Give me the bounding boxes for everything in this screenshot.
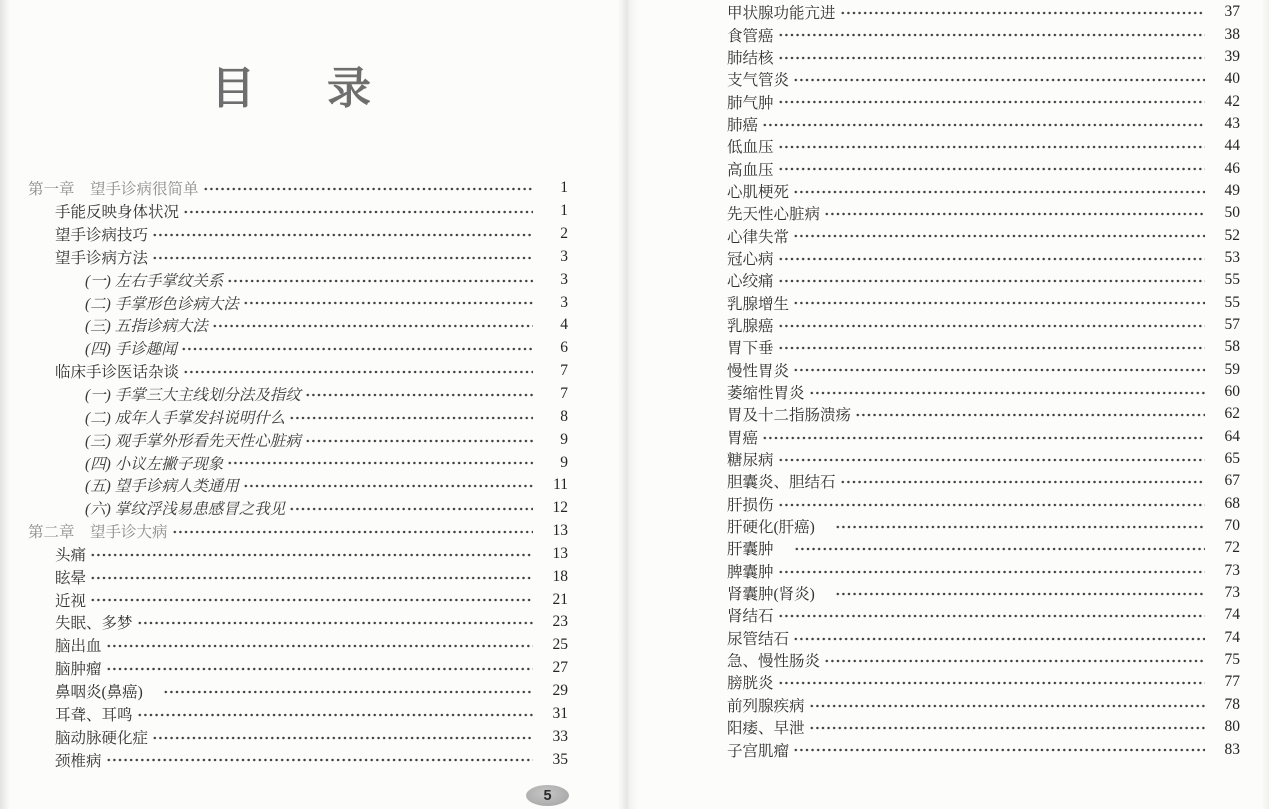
toc-page-number: 42: [1210, 93, 1240, 111]
toc-row: (二) 手掌形色诊病大法3: [28, 291, 568, 314]
toc-page-number: 40: [1210, 70, 1240, 88]
toc-page-number: 6: [538, 339, 568, 357]
dot-leader: [778, 23, 1205, 45]
toc-entry-label: 临床手诊医话杂谈: [55, 360, 179, 382]
toc-row: 肝囊肿72: [700, 537, 1240, 559]
toc-page-number: 7: [538, 362, 568, 380]
toc-page-number: 2: [538, 225, 568, 243]
dot-leader: [152, 223, 533, 246]
toc-row: (六) 掌纹浮浅易患感冒之我见12: [28, 497, 568, 520]
dot-leader: [305, 383, 533, 406]
toc-row: (一) 左右手掌纹关系3: [28, 268, 568, 291]
toc-row: 慢性胃炎59: [700, 359, 1240, 381]
toc-page-number: 70: [1210, 517, 1240, 535]
toc-row: 第一章 望手诊病很简单1: [28, 177, 568, 200]
dot-leader: [778, 604, 1205, 626]
dot-leader: [90, 588, 533, 611]
dot-leader: [227, 451, 533, 474]
toc-page-number: 23: [538, 613, 568, 631]
dot-leader: [793, 627, 1205, 649]
dot-leader: [289, 497, 533, 520]
toc-row: 头痛13: [28, 543, 568, 566]
toc-entry-label: 胃及十二指肠溃疡: [727, 403, 851, 425]
dot-leader: [793, 68, 1205, 90]
dot-leader: [172, 520, 533, 543]
dot-leader: [106, 748, 533, 771]
toc-entry-label: 肺气肿: [727, 91, 774, 113]
toc-entry-label: 支气管炎: [727, 68, 789, 90]
toc-row: (五) 望手诊病人类通用11: [28, 474, 568, 497]
toc-entry-label: (一) 手掌三大主线划分法及指纹: [85, 383, 301, 405]
toc-row: 先天性心脏病50: [700, 202, 1240, 224]
toc-page-number: 64: [1210, 428, 1240, 446]
toc-page-number: 75: [1210, 651, 1240, 669]
toc-page-number: 8: [538, 408, 568, 426]
toc-entry-label: 乳腺癌: [727, 314, 774, 336]
dot-leader: [163, 680, 533, 703]
dot-leader: [778, 560, 1205, 582]
toc-page-number: 80: [1210, 718, 1240, 736]
left-page-number-badge: 5: [526, 785, 569, 806]
toc-row: (二) 成年人手掌发抖说明什么8: [28, 405, 568, 428]
toc-entry-label: 脾囊肿: [727, 560, 774, 582]
toc-page-number: 29: [538, 682, 568, 700]
toc-row: 胃下垂58: [700, 336, 1240, 358]
toc-entry-label: 肝囊肿: [727, 537, 790, 559]
toc-page-number: 43: [1210, 115, 1240, 133]
toc-entry-label: 肝硬化(肝癌): [727, 515, 831, 537]
toc-page-number: 33: [538, 728, 568, 746]
toc-page-number: 38: [1210, 26, 1240, 44]
toc-entry-label: 胃癌: [727, 426, 758, 448]
toc-row: 脑出血25: [28, 634, 568, 657]
dot-leader: [793, 738, 1205, 760]
toc-entry-label: 乳腺增生: [727, 292, 789, 314]
dot-leader: [243, 474, 533, 497]
toc-entry-label: 第一章 望手诊病很简单: [28, 177, 199, 199]
toc-row: 胃及十二指肠溃疡62: [700, 403, 1240, 425]
toc-page-number: 58: [1210, 338, 1240, 356]
toc-row: 低血压44: [700, 135, 1240, 157]
dot-leader: [840, 1, 1205, 23]
dot-leader: [243, 291, 533, 314]
toc-page-number: 59: [1210, 361, 1240, 379]
toc-page-number: 31: [538, 705, 568, 723]
toc-row: 脑动脉硬化症33: [28, 725, 568, 748]
toc-page-number: 73: [1210, 562, 1240, 580]
toc-entry-label: 前列腺疾病: [727, 694, 805, 716]
dot-leader: [824, 202, 1205, 224]
toc-row: 颈椎病35: [28, 748, 568, 771]
toc-page-number: 68: [1210, 495, 1240, 513]
toc-page-number: 1: [538, 179, 568, 197]
toc-page-number: 49: [1210, 182, 1240, 200]
toc-row: 鼻咽炎(鼻癌)29: [28, 680, 568, 703]
left-toc-list: 第一章 望手诊病很简单1手能反映身体状况1望手诊病技巧2望手诊病方法3(一) 左…: [28, 177, 568, 771]
dot-leader: [305, 428, 533, 451]
dot-leader: [227, 268, 533, 291]
toc-page-number: 21: [538, 591, 568, 609]
toc-entry-label: (三) 五指诊病大法: [85, 314, 208, 336]
right-page: 甲状腺功能亢进37食管癌38肺结核39支气管炎40肺气肿42肺癌43低血压44高…: [629, 0, 1269, 809]
dot-leader: [778, 247, 1205, 269]
toc-entry-label: (二) 手掌形色诊病大法: [85, 292, 239, 314]
toc-entry-label: (一) 左右手掌纹关系: [85, 269, 223, 291]
toc-row: (三) 五指诊病大法4: [28, 314, 568, 337]
toc-entry-label: 心绞痛: [727, 269, 774, 291]
toc-entry-label: 手能反映身体状况: [55, 200, 179, 222]
toc-entry-label: (五) 望手诊病人类通用: [85, 474, 239, 496]
toc-entry-label: 慢性胃炎: [727, 359, 789, 381]
dot-leader: [778, 46, 1205, 68]
toc-entry-label: 脑肿瘤: [55, 657, 102, 679]
toc-row: 阳痿、早泄80: [700, 716, 1240, 738]
toc-page-number: 13: [538, 522, 568, 540]
toc-row: 甲状腺功能亢进37: [700, 1, 1240, 23]
toc-row: 高血压46: [700, 157, 1240, 179]
dot-leader: [137, 702, 533, 725]
toc-entry-label: 尿管结石: [727, 627, 789, 649]
toc-entry-label: 耳聋、耳鸣: [55, 703, 133, 725]
toc-entry-label: 第二章 望手诊大病: [28, 520, 168, 542]
toc-page-number: 13: [538, 545, 568, 563]
dot-leader: [137, 611, 533, 634]
toc-page-number: 65: [1210, 450, 1240, 468]
toc-page-number: 11: [538, 476, 568, 494]
toc-row: 心绞痛55: [700, 269, 1240, 291]
toc-entry-label: 甲状腺功能亢进: [727, 1, 836, 23]
toc-page-number: 55: [1210, 271, 1240, 289]
toc-entry-label: 脑出血: [55, 634, 102, 656]
toc-entry-label: 膀胱炎: [727, 671, 774, 693]
toc-entry-label: 望手诊病方法: [55, 246, 148, 268]
dot-leader: [778, 90, 1205, 112]
toc-entry-label: 肾囊肿(肾炎): [727, 582, 831, 604]
toc-page-number: 3: [538, 294, 568, 312]
toc-page-number: 37: [1210, 3, 1240, 21]
dot-leader: [778, 448, 1205, 470]
toc-entry-label: (四) 小议左撇子现象: [85, 452, 223, 474]
toc-entry-label: 先天性心脏病: [727, 202, 820, 224]
toc-entry-label: 阳痿、早泄: [727, 716, 805, 738]
toc-entry-label: 失眠、多梦: [55, 611, 133, 633]
toc-row: 望手诊病技巧2: [28, 223, 568, 246]
toc-entry-label: 近视: [55, 589, 86, 611]
dot-leader: [106, 634, 533, 657]
left-page: 目 录 第一章 望手诊病很简单1手能反映身体状况1望手诊病技巧2望手诊病方法3(…: [0, 0, 630, 809]
toc-row: 胆囊炎、胆结石67: [700, 470, 1240, 492]
dot-leader: [106, 657, 533, 680]
toc-entry-label: 食管癌: [727, 24, 774, 46]
toc-page-number: 46: [1210, 160, 1240, 178]
toc-page-number: 55: [1210, 294, 1240, 312]
toc-page-number: 39: [1210, 48, 1240, 66]
toc-entry-label: 冠心病: [727, 247, 774, 269]
toc-entry-label: 胃下垂: [727, 336, 774, 358]
toc-row: 肾囊肿(肾炎)73: [700, 582, 1240, 604]
toc-row: 心肌梗死49: [700, 180, 1240, 202]
toc-entry-label: (三) 观手掌外形看先天性心脏病: [85, 429, 301, 451]
dot-leader: [824, 649, 1205, 671]
toc-row: 耳聋、耳鸣31: [28, 702, 568, 725]
toc-entry-label: 急、慢性肠炎: [727, 649, 820, 671]
dot-leader: [762, 113, 1205, 135]
toc-entry-label: 颈椎病: [55, 749, 102, 771]
toc-page-number: 35: [538, 751, 568, 769]
dot-leader: [762, 426, 1205, 448]
toc-entry-label: 心律失常: [727, 225, 789, 247]
toc-page-number: 27: [538, 659, 568, 677]
toc-entry-label: 眩晕: [55, 566, 86, 588]
toc-row: 萎缩性胃炎60: [700, 381, 1240, 403]
dot-leader: [183, 200, 533, 223]
toc-row: 肺气肿42: [700, 90, 1240, 112]
toc-row: (一) 手掌三大主线划分法及指纹7: [28, 383, 568, 406]
toc-row: 胃癌64: [700, 426, 1240, 448]
toc-row: 心律失常52: [700, 224, 1240, 246]
toc-row: 临床手诊医话杂谈7: [28, 360, 568, 383]
dot-leader: [835, 515, 1205, 537]
dot-leader: [840, 470, 1205, 492]
dot-leader: [152, 246, 533, 269]
dot-leader: [793, 224, 1205, 246]
toc-page-number: 73: [1210, 584, 1240, 602]
toc-page-number: 52: [1210, 227, 1240, 245]
toc-row: 食管癌38: [700, 23, 1240, 45]
toc-row: 肝硬化(肝癌)70: [700, 515, 1240, 537]
toc-page-number: 72: [1210, 539, 1240, 557]
toc-entry-label: 高血压: [727, 158, 774, 180]
toc-row: 膀胱炎77: [700, 671, 1240, 693]
toc-row: 乳腺增生55: [700, 291, 1240, 313]
toc-row: 第二章 望手诊大病13: [28, 520, 568, 543]
toc-page-number: 77: [1210, 673, 1240, 691]
dot-leader: [793, 359, 1205, 381]
toc-row: 肝损伤68: [700, 493, 1240, 515]
toc-page-number: 62: [1210, 405, 1240, 423]
dot-leader: [778, 336, 1205, 358]
toc-row: 肾结石74: [700, 604, 1240, 626]
toc-row: 冠心病53: [700, 247, 1240, 269]
toc-row: 望手诊病方法3: [28, 246, 568, 269]
dot-leader: [794, 537, 1205, 559]
toc-entry-label: 子宫肌瘤: [727, 739, 789, 761]
toc-page-number: 12: [538, 499, 568, 517]
toc-page-number: 74: [1210, 629, 1240, 647]
toc-entry-label: 糖尿病: [727, 448, 774, 470]
dot-leader: [181, 337, 533, 360]
toc-row: 尿管结石74: [700, 627, 1240, 649]
dot-leader: [90, 543, 533, 566]
toc-page-number: 67: [1210, 472, 1240, 490]
dot-leader: [778, 157, 1205, 179]
toc-row: 失眠、多梦23: [28, 611, 568, 634]
toc-page-number: 74: [1210, 606, 1240, 624]
toc-row: 支气管炎40: [700, 68, 1240, 90]
toc-page-number: 53: [1210, 249, 1240, 267]
toc-entry-label: 萎缩性胃炎: [727, 381, 805, 403]
dot-leader: [778, 135, 1205, 157]
toc-page-number: 3: [538, 271, 568, 289]
dot-leader: [778, 671, 1205, 693]
toc-page-number: 1: [538, 202, 568, 220]
toc-entry-label: 鼻咽炎(鼻癌): [55, 680, 159, 702]
toc-entry-label: (二) 成年人手掌发抖说明什么: [85, 406, 285, 428]
toc-row: 肺癌43: [700, 113, 1240, 135]
toc-entry-label: 肺结核: [727, 46, 774, 68]
toc-row: 肺结核39: [700, 46, 1240, 68]
dot-leader: [809, 381, 1205, 403]
toc-page-number: 7: [538, 385, 568, 403]
dot-leader: [809, 716, 1205, 738]
dot-leader: [809, 694, 1205, 716]
dot-leader: [835, 582, 1205, 604]
toc-row: 近视21: [28, 588, 568, 611]
toc-entry-label: 望手诊病技巧: [55, 223, 148, 245]
toc-page-number: 9: [538, 454, 568, 472]
toc-entry-label: 低血压: [727, 135, 774, 157]
toc-page-number: 18: [538, 568, 568, 586]
toc-page-number: 50: [1210, 204, 1240, 222]
dot-leader: [183, 360, 533, 383]
toc-page-number: 3: [538, 248, 568, 266]
toc-entry-label: 肾结石: [727, 604, 774, 626]
dot-leader: [793, 180, 1205, 202]
toc-row: (四) 小议左撇子现象9: [28, 451, 568, 474]
toc-page-number: 60: [1210, 383, 1240, 401]
dot-leader: [793, 291, 1205, 313]
toc-page-number: 25: [538, 636, 568, 654]
toc-entry-label: (四) 手诊趣闻: [85, 337, 177, 359]
toc-row: 急、慢性肠炎75: [700, 649, 1240, 671]
toc-page-number: 78: [1210, 696, 1240, 714]
toc-title: 目 录: [28, 52, 568, 116]
toc-entry-label: 心肌梗死: [727, 180, 789, 202]
toc-row: 前列腺疾病78: [700, 694, 1240, 716]
dot-leader: [855, 403, 1205, 425]
dot-leader: [90, 565, 533, 588]
toc-page-number: 4: [538, 316, 568, 334]
toc-row: 糖尿病65: [700, 448, 1240, 470]
toc-entry-label: 胆囊炎、胆结石: [727, 470, 836, 492]
toc-page-number: 83: [1210, 741, 1240, 759]
toc-entry-label: 脑动脉硬化症: [55, 726, 148, 748]
dot-leader: [152, 725, 533, 748]
toc-entry-label: (六) 掌纹浮浅易患感冒之我见: [85, 497, 285, 519]
toc-entry-label: 头痛: [55, 543, 86, 565]
toc-row: 脑肿瘤27: [28, 657, 568, 680]
toc-entry-label: 肝损伤: [727, 493, 774, 515]
dot-leader: [203, 177, 533, 200]
toc-row: 眩晕18: [28, 565, 568, 588]
toc-row: 手能反映身体状况1: [28, 200, 568, 223]
toc-row: (三) 观手掌外形看先天性心脏病9: [28, 428, 568, 451]
dot-leader: [289, 405, 533, 428]
toc-page-number: 57: [1210, 316, 1240, 334]
toc-row: 乳腺癌57: [700, 314, 1240, 336]
dot-leader: [778, 493, 1205, 515]
toc-page-number: 44: [1210, 137, 1240, 155]
toc-row: 脾囊肿73: [700, 560, 1240, 582]
toc-row: 子宫肌瘤83: [700, 738, 1240, 760]
dot-leader: [778, 314, 1205, 336]
right-toc-list: 甲状腺功能亢进37食管癌38肺结核39支气管炎40肺气肿42肺癌43低血压44高…: [700, 1, 1240, 761]
toc-page-number: 9: [538, 431, 568, 449]
dot-leader: [212, 314, 533, 337]
dot-leader: [778, 269, 1205, 291]
toc-entry-label: 肺癌: [727, 113, 758, 135]
toc-row: (四) 手诊趣闻6: [28, 337, 568, 360]
